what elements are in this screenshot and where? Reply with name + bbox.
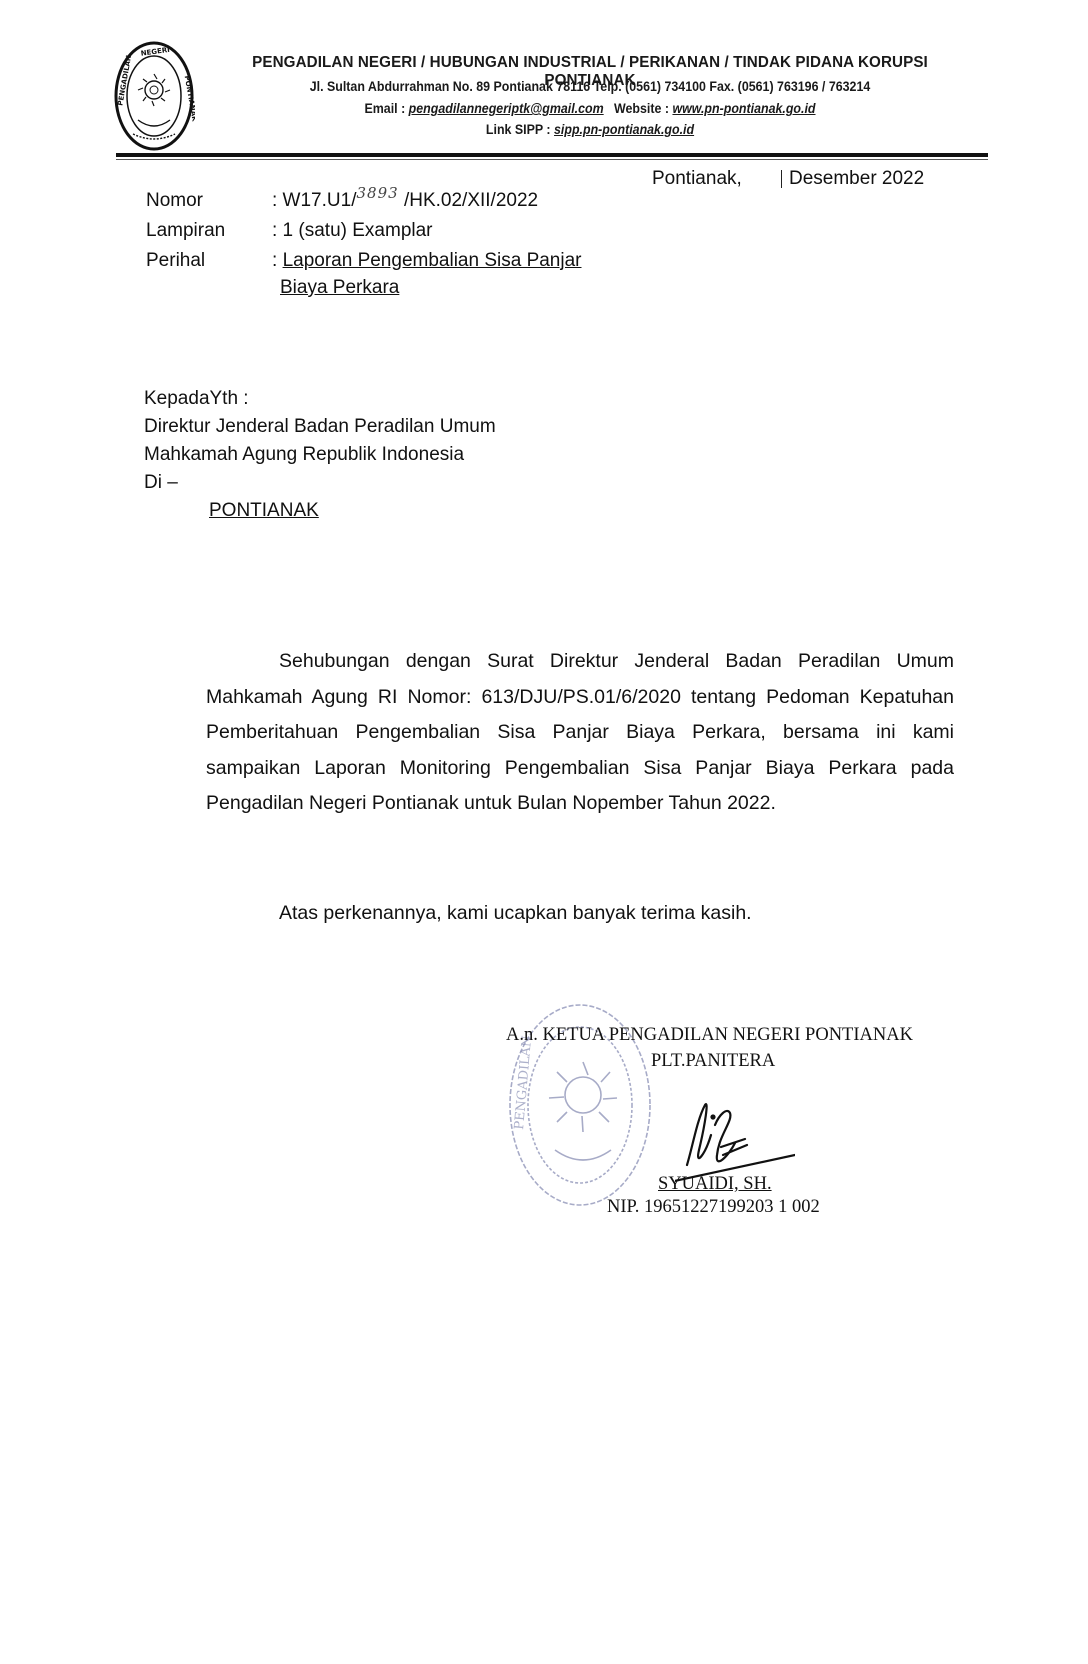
- signatory-nip: NIP. 19651227199203 1 002: [607, 1197, 820, 1218]
- perihal-line-1: Laporan Pengembalian Sisa Panjar: [283, 250, 582, 271]
- perihal-value: : Laporan Pengembalian Sisa Panjar: [272, 250, 582, 272]
- lampiran-label: Lampiran: [146, 220, 225, 242]
- handwritten-signature-icon: [675, 1095, 795, 1185]
- date-place: Pontianak,: [652, 168, 742, 190]
- letterhead-address: Jl. Sultan Abdurrahman No. 89 Pontianak …: [231, 79, 949, 94]
- email-link[interactable]: pengadilannegeriptk@gmail.com: [409, 101, 604, 116]
- perihal-label: Perihal: [146, 250, 205, 272]
- recipient-line-2: Mahkamah Agung Republik Indonesia: [144, 444, 464, 466]
- signature-on-behalf: A.n. KETUA PENGADILAN NEGERI PONTIANAK: [506, 1025, 913, 1046]
- date-value: Desember 2022: [789, 168, 924, 190]
- sipp-link[interactable]: sipp.pn-pontianak.go.id: [554, 122, 694, 137]
- nomor-suffix: /HK.02/XII/2022: [399, 190, 538, 211]
- closing-sentence: Atas perkenannya, kami ucapkan banyak te…: [279, 902, 752, 925]
- recipient-line-1: Direktur Jenderal Badan Peradilan Umum: [144, 416, 496, 438]
- nomor-value: : W17.U1/3893 /HK.02/XII/2022: [272, 190, 538, 212]
- letterhead-divider-thick: [116, 153, 988, 157]
- nomor-label: Nomor: [146, 190, 203, 212]
- body-paragraph: Sehubungan dengan Surat Direktur Jendera…: [206, 644, 954, 822]
- court-emblem-icon: NEGERI PENGADILAN PONTIANAK: [113, 40, 195, 152]
- handwritten-letter-number: 3893: [356, 184, 398, 202]
- signature-role: PLT.PANITERA: [651, 1051, 775, 1072]
- svg-text:PENGADILAN: PENGADILAN: [512, 1035, 535, 1130]
- signatory-name: SYUAIDI, SH.: [658, 1174, 772, 1195]
- recipient-city: PONTIANAK: [209, 500, 319, 522]
- handwritten-date-mark: [781, 170, 782, 188]
- letterhead-contact: Email : pengadilannegeriptk@gmail.com We…: [231, 101, 949, 116]
- letterhead-divider-thin: [116, 159, 988, 160]
- nomor-prefix: : W17.U1/: [272, 190, 356, 211]
- website-label: Website :: [614, 101, 672, 116]
- sipp-label: Link SIPP :: [486, 122, 554, 137]
- website-link[interactable]: www.pn-pontianak.go.id: [672, 101, 815, 116]
- letterhead-sipp: Link SIPP : sipp.pn-pontianak.go.id: [231, 122, 949, 137]
- recipient-salutation: KepadaYth :: [144, 388, 249, 410]
- recipient-line-3: Di –: [144, 472, 178, 494]
- perihal-colon: :: [272, 250, 283, 271]
- lampiran-value: : 1 (satu) Examplar: [272, 220, 433, 242]
- email-label: Email :: [364, 101, 408, 116]
- perihal-line-2: Biaya Perkara: [280, 277, 399, 299]
